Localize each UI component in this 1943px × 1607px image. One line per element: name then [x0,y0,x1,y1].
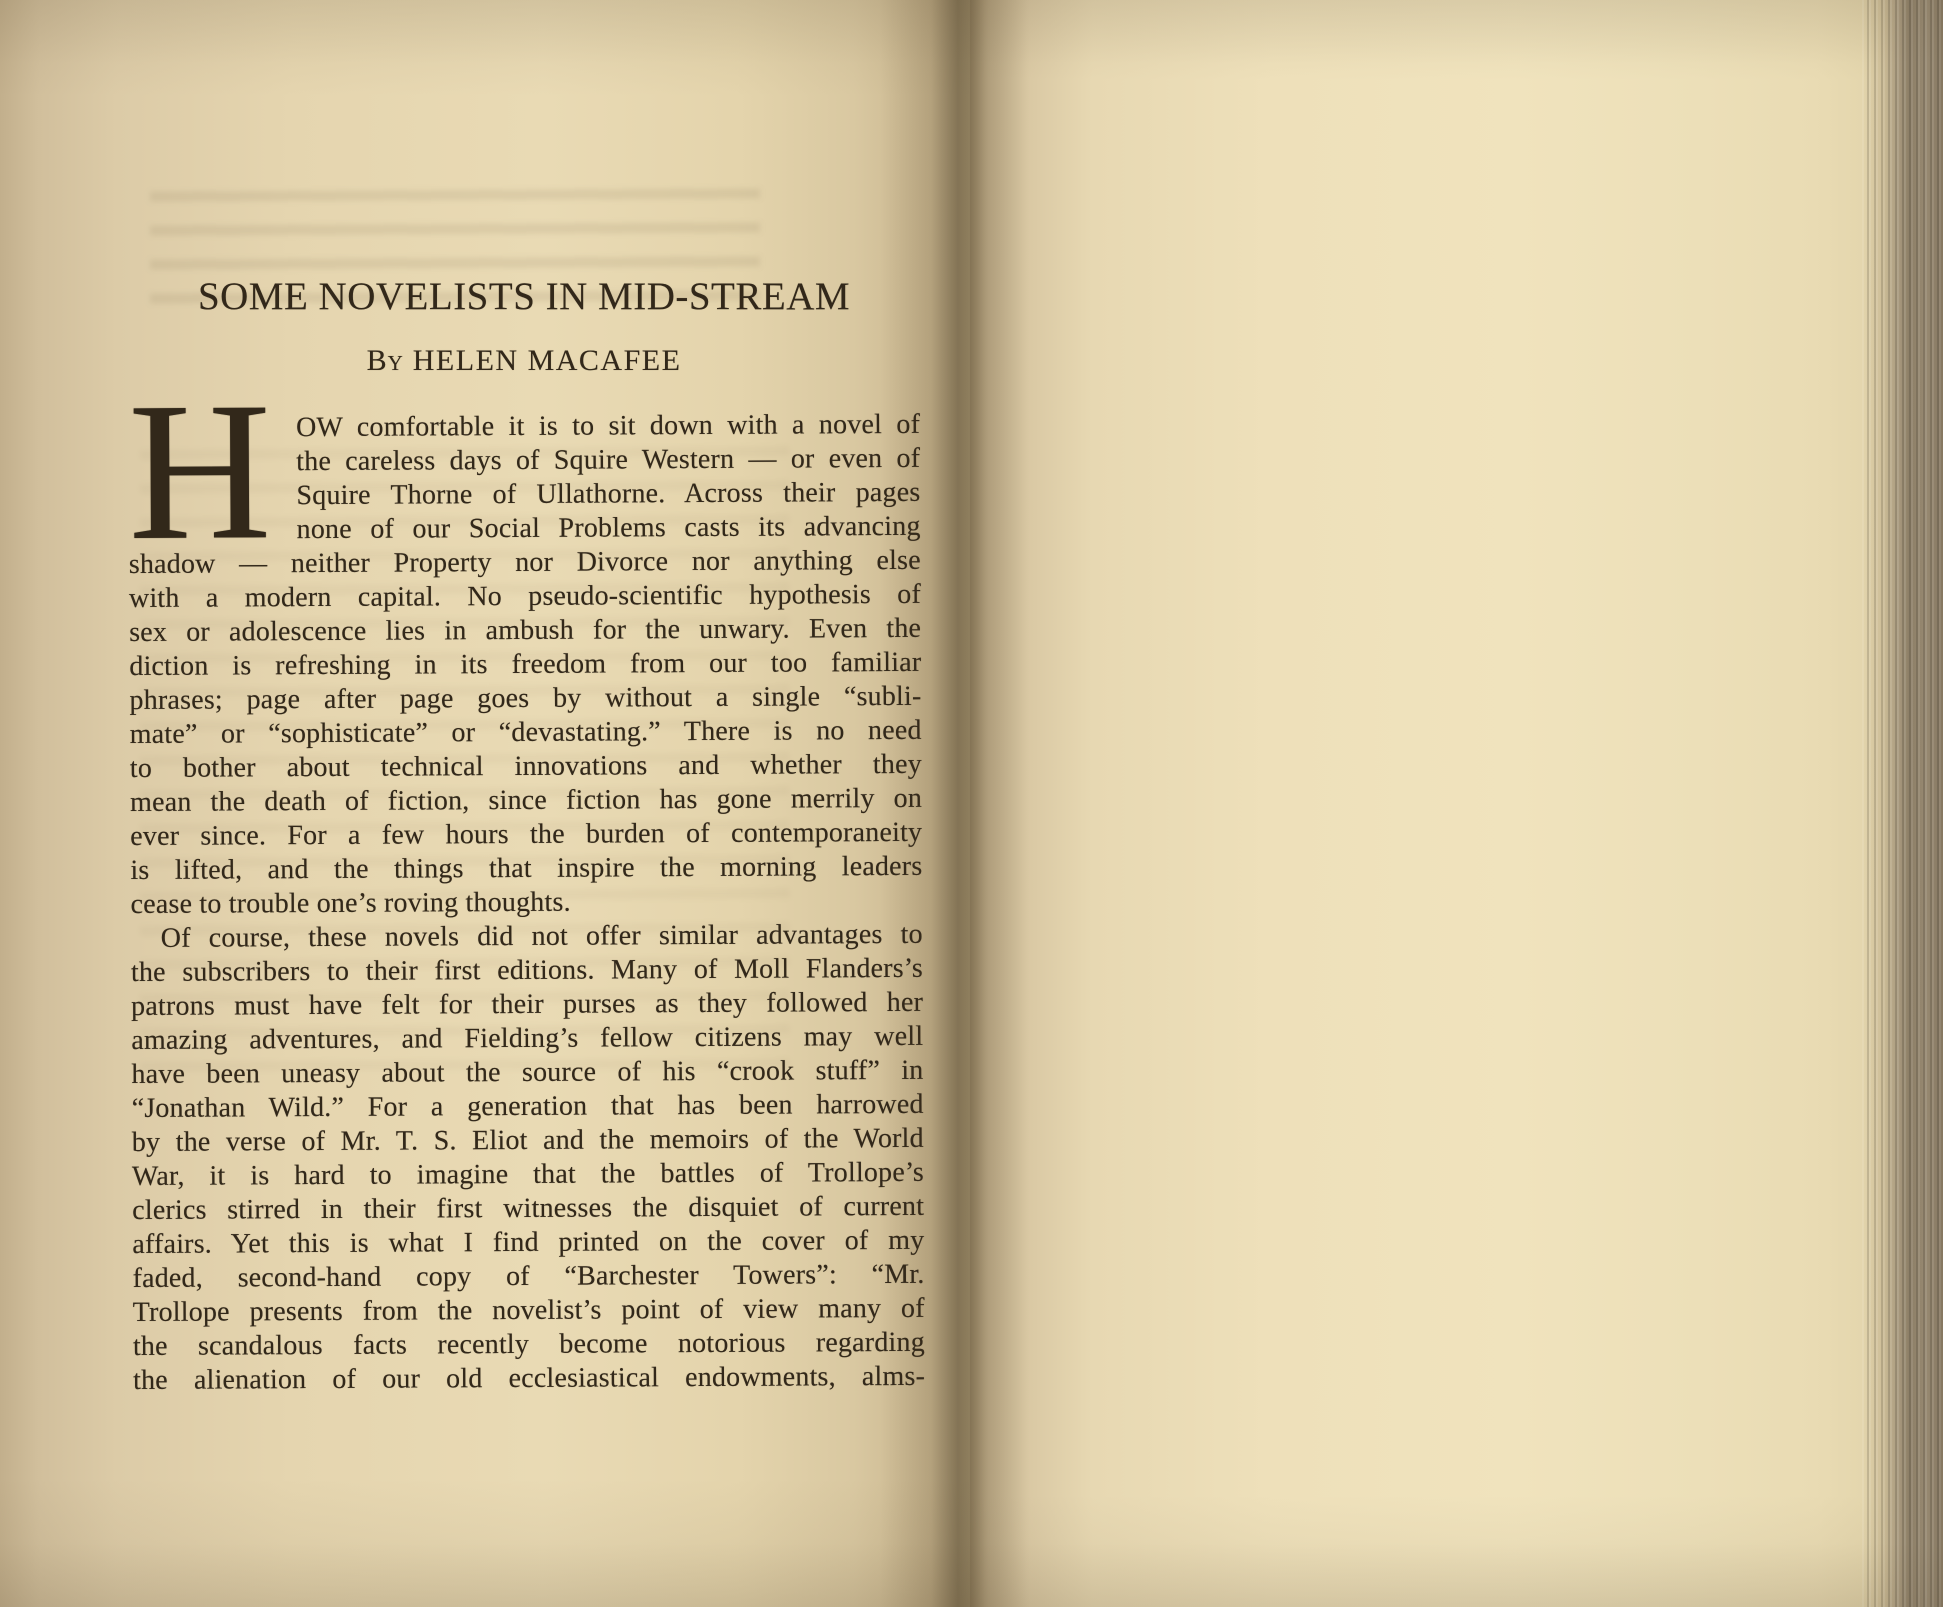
text-line: sex or adolescence lies in ambush for th… [129,612,921,650]
byline-author: HELEN MACAFEE [413,344,682,377]
text-line: diction is refreshing in its freedom fro… [129,646,921,684]
text-line: the alienation of our old ecclesiastical… [133,1360,925,1398]
text-line: have been uneasy about the source of his… [131,1054,923,1092]
book-spread: SOME NOVELISTS IN MID-STREAM By HELEN MA… [0,0,1943,1607]
left-page: SOME NOVELISTS IN MID-STREAM By HELEN MA… [0,0,970,1607]
text-line: is lifted, and the things that inspire t… [130,850,922,888]
text-line: amazing adventures, and Fielding’s fello… [131,1020,923,1058]
text-line: with a modern capital. No pseudo-scienti… [129,578,921,616]
text-line: War, it is hard to imagine that the batt… [132,1156,924,1194]
text-line: clerics stirred in their first witnesses… [132,1190,924,1228]
left-page-text: H OW comfortable it is to sit down with … [128,408,925,1398]
drop-cap: H [128,372,272,571]
text-line: affairs. Yet this is what I find printed… [132,1224,924,1262]
text-line: “Jonathan Wild.” For a generation that h… [132,1088,924,1126]
byline-prefix: By [367,344,404,377]
text-line: by the verse of Mr. T. S. Eliot and the … [132,1122,924,1160]
text-line: phrases; page after page goes by without… [129,680,921,718]
text-line: Trollope presents from the novelist’s po… [133,1292,925,1330]
text-line: to bother about technical innovations an… [130,748,922,786]
article-title: SOME NOVELISTS IN MID-STREAM [128,276,920,318]
text-line: patrons must have felt for their purses … [131,986,923,1024]
text-line: the subscribers to their first editions.… [131,952,923,990]
text-line: mate” or “sophisticate” or “devastating.… [130,714,922,752]
text-line: ever since. For a few hours the burden o… [130,816,922,854]
text-line: faded, second-hand copy of “Barchester T… [132,1258,924,1296]
text-line: Of course, these novels did not offer si… [131,918,923,956]
text-line: cease to trouble one’s roving thoughts. [130,884,922,922]
text-line: mean the death of fiction, since fiction… [130,782,922,820]
text-line: the scandalous facts recently become not… [133,1326,925,1364]
fore-edge-pages [1862,0,1943,1607]
right-page: SOME NOVELISTS IN MID-STREAM 337 houses,… [970,0,1910,1607]
